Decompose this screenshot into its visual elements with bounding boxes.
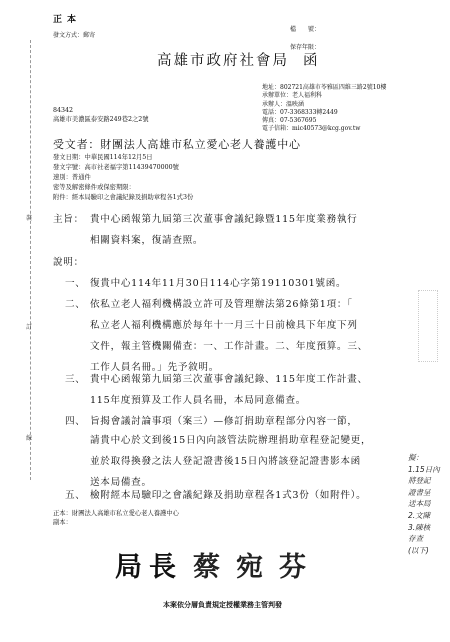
security-level: 密等及解密條件或保密期限： bbox=[53, 183, 193, 193]
handwritten-annotation: 擬： 1.15日內 將登記 證書呈 送本局 2.文陳 3.陳核 存查 (以下) bbox=[408, 452, 440, 556]
document-title: 高雄市政府社會局函 bbox=[157, 49, 320, 70]
attachment-info: 附件：經本局驗印之會議紀錄及捐助章程各1式3份 bbox=[53, 193, 193, 203]
item-line: 請貴中心於文到後15日內向該管法院辦理捐助章程登記變更， bbox=[90, 431, 371, 451]
subject-line-1: 貴中心函報第九屆第三次董事會議紀錄暨115年度業務執行 bbox=[90, 210, 357, 230]
item-line: 並於取得換發之法人登記證書後15日內將該登記證書影本函 bbox=[90, 452, 361, 472]
item-line: 依私立老人福利機構設立許可及管理辦法第26條第1項：「 bbox=[90, 295, 353, 315]
document-type: 函 bbox=[303, 53, 320, 69]
postal-code: 84342 bbox=[53, 107, 149, 116]
binding-line bbox=[30, 40, 31, 480]
recipient: 受文者：財團法人高雄市私立愛心老人養護中心 bbox=[53, 136, 301, 152]
issue-date: 發文日期：中華民國114年12月5日 bbox=[53, 153, 193, 163]
scan-artifact bbox=[418, 290, 438, 362]
document-meta: 發文日期：中華民國114年12月5日 發文字號：高市社老福字第114394700… bbox=[53, 153, 193, 203]
contact-unit: 承辦單位：老人福利科 bbox=[262, 92, 386, 100]
street-address: 高雄市美濃區泰安路249巷2之2號 bbox=[53, 116, 149, 125]
item-number: 五、 bbox=[65, 486, 86, 506]
item-number: 三、 bbox=[65, 370, 86, 390]
copy-type-label: 正本 bbox=[53, 12, 81, 25]
delegation-note: 本案依分層負責規定授權業務主管判發 bbox=[163, 600, 282, 610]
document-number: 發文字號：高市社老福字第11439470000號 bbox=[53, 163, 193, 173]
file-number-label: 檔 號： bbox=[290, 24, 320, 33]
subject-label: 主旨： bbox=[53, 210, 84, 230]
item-line: 文件，報主管機關備查：一、工作計畫。二、年度預算。三、 bbox=[90, 337, 368, 357]
item-number: 四、 bbox=[65, 412, 86, 432]
agency-name: 高雄市政府社會局 bbox=[157, 53, 289, 69]
signature-name: 蔡宛芬 bbox=[193, 552, 322, 583]
delivery-speed: 速別：普通件 bbox=[53, 173, 193, 183]
binding-mark-zhuang: 裝 bbox=[26, 213, 32, 222]
binding-mark-xian: 線 bbox=[26, 433, 32, 442]
item-line: 檢附經本局驗印之會議紀錄及捐助章程各1式3份（如附件）。 bbox=[90, 486, 366, 506]
item-line: 115年度預算及工作人員名冊，本局同意備查。 bbox=[90, 391, 306, 411]
send-method: 發文方式：郵寄 bbox=[53, 30, 95, 39]
item-number: 二、 bbox=[65, 295, 86, 315]
explanation-label: 說明： bbox=[53, 253, 84, 273]
subject-line-2: 相關資料案，復請查照。 bbox=[90, 231, 203, 251]
original-recipient: 正本：財團法人高雄市私立愛心老人養護中心 bbox=[53, 510, 179, 519]
director-signature: 局長蔡宛芬 bbox=[115, 545, 322, 584]
recipient-address: 84342 高雄市美濃區泰安路249巷2之2號 bbox=[53, 107, 149, 124]
contact-phone: 電話：07-3368333轉2449 bbox=[262, 109, 386, 117]
item-line: 私立老人福利機構應於每年十一月三十日前檢具下年度下列 bbox=[90, 316, 358, 336]
item-line: 貴中心函報第九屆第三次董事會議紀錄、115年度工作計畫、 bbox=[90, 370, 368, 390]
item-line: 旨揭會議討論事項（案三）—修訂捐助章程部分內容一節， bbox=[90, 412, 358, 432]
item-line: 復貴中心114年11月30日114心字第19110301號函。 bbox=[90, 274, 346, 294]
contact-officer: 承辦人：溫映涵 bbox=[262, 101, 386, 109]
distribution: 正本：財團法人高雄市私立愛心老人養護中心 副本： bbox=[53, 510, 179, 527]
contact-block: 地址：802721高雄市苓雅區四維三路2號10樓 承辦單位：老人福利科 承辦人：… bbox=[262, 84, 386, 134]
contact-email: 電子信箱：mic40573@kcg.gov.tw bbox=[262, 125, 386, 133]
binding-mark-ding: 訂 bbox=[26, 322, 32, 331]
signature-title: 局長 bbox=[115, 552, 183, 583]
item-number: 一、 bbox=[65, 274, 86, 294]
copy-recipient: 副本： bbox=[53, 519, 179, 528]
